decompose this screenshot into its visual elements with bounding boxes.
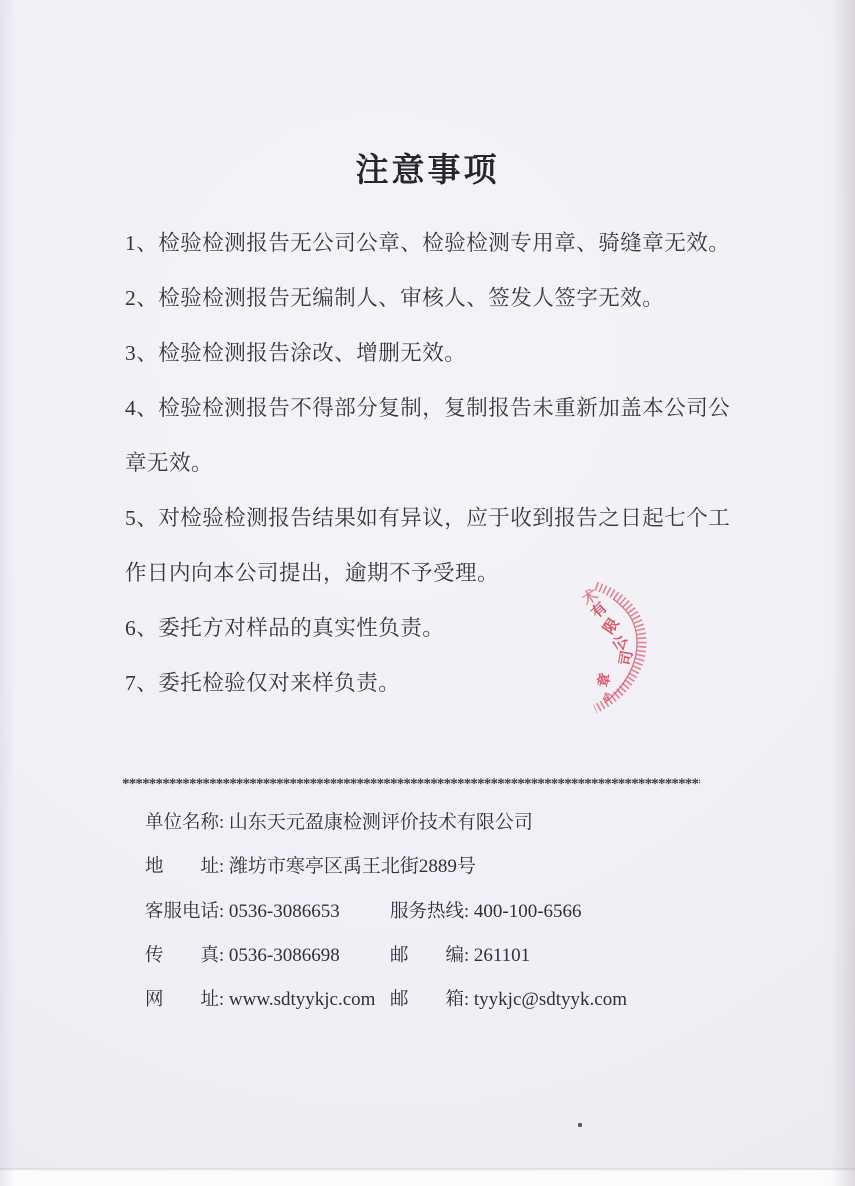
hotline-value: 400-100-6566 — [474, 901, 582, 922]
asterisk-separator: ****************************************… — [122, 776, 700, 796]
postal-code-value: 261101 — [474, 945, 530, 966]
contact-row: 地 址: 潍坊市寒亭区禹王北街2889号 — [145, 845, 765, 889]
contact-right-group: 服务热线: 400-100-6566 — [390, 890, 582, 934]
service-phone-label: 客服电话: — [145, 890, 224, 934]
fax-value: 0536-3086698 — [229, 945, 340, 966]
stamp-seal-char: 章 — [595, 671, 615, 688]
address-value: 潍坊市寒亭区禹王北街2889号 — [229, 856, 476, 877]
fax-label: 传 真: — [145, 934, 224, 978]
note-item: 1、检验检测报告无公司公章、检验检测专用章、骑缝章无效。 — [125, 216, 775, 271]
company-name-value: 山东天元盈康检测评价技术有限公司 — [229, 812, 533, 833]
postal-code-label: 邮 编: — [390, 934, 469, 978]
page-title: 注意事项 — [0, 144, 855, 191]
company-name-label: 单位名称: — [145, 801, 224, 845]
website-value: www.sdtyykjc.com — [229, 989, 376, 1010]
note-item: 2、检验检测报告无编制人、审核人、签发人签字无效。 — [125, 271, 775, 326]
company-seal-stamp: 术 有 限 公 司 章 88 — [553, 550, 713, 735]
email-value: tyykjc@sdtyyk.com — [474, 989, 627, 1010]
contact-row: 客服电话: 0536-3086653 服务热线: 400-100-6566 — [145, 890, 765, 934]
note-item: 3、检验检测报告涂改、增删无效。 — [125, 326, 775, 381]
contact-right-group: 邮 箱: tyykjc@sdtyyk.com — [390, 978, 627, 1022]
contact-info: 单位名称: 山东天元盈康检测评价技术有限公司 地 址: 潍坊市寒亭区禹王北街28… — [145, 801, 765, 1022]
contact-row: 网 址: www.sdtyykjc.com 邮 箱: tyykjc@sdtyyk… — [145, 978, 765, 1022]
scanned-notice-page: 注意事项 1、检验检测报告无公司公章、检验检测专用章、骑缝章无效。 2、检验检测… — [0, 0, 855, 1186]
address-label: 地 址: — [145, 845, 224, 889]
email-label: 邮 箱: — [390, 978, 469, 1022]
stamp-arc-char: 司 — [616, 649, 636, 667]
contact-row: 单位名称: 山东天元盈康检测评价技术有限公司 — [145, 801, 765, 845]
website-label: 网 址: — [145, 978, 224, 1022]
note-item: 4、检验检测报告不得部分复制，复制报告未重新加盖本公司公 章无效。 — [125, 381, 775, 491]
service-phone-value: 0536-3086653 — [229, 901, 340, 922]
bottom-scan-edge — [0, 1168, 855, 1170]
contact-row: 传 真: 0536-3086698 邮 编: 261101 — [145, 934, 765, 978]
contact-right-group: 邮 编: 261101 — [390, 934, 530, 978]
hotline-label: 服务热线: — [390, 890, 469, 934]
scan-speck — [578, 1123, 582, 1127]
